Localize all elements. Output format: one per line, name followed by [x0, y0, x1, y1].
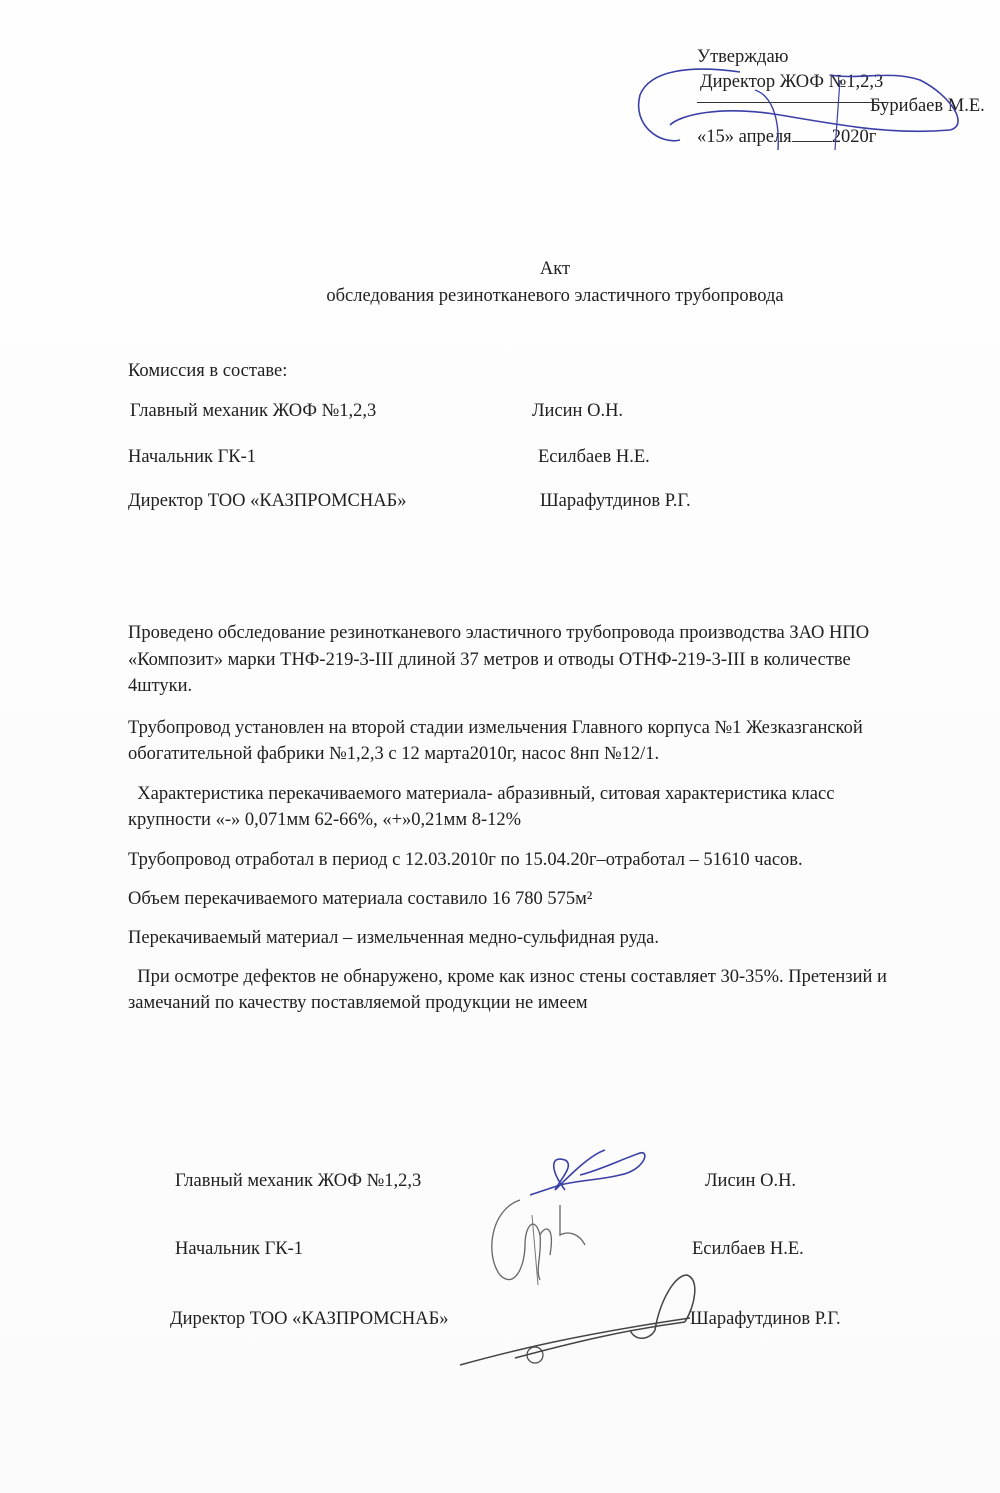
signature-director-icon [455, 1270, 715, 1380]
signature-blue-icon [520, 1145, 660, 1205]
member-position: Начальник ГК-1 [128, 448, 256, 467]
signature-line [697, 102, 887, 103]
signer-position: Главный механик ЖОФ №1,2,3 [175, 1172, 421, 1191]
member-name: Лисин О.Н. [532, 402, 623, 421]
member-name: Шарафутдинов Р.Г. [540, 492, 691, 511]
signer-name: Шарафутдинов Р.Г. [690, 1310, 841, 1329]
approver-name: Бурибаев М.Е. [870, 97, 985, 116]
signature-gray-icon [480, 1185, 620, 1295]
document-title: Акт [0, 260, 1000, 279]
paragraph-line: обогатительной фабрики №1,2,3 с 12 марта… [128, 745, 659, 764]
date-blank [792, 127, 832, 142]
paragraph-line: «Композит» марки ТНФ-219-3-III длиной 37… [128, 651, 851, 670]
document-subtitle: обследования резинотканевого эластичного… [0, 287, 1000, 306]
approval-date-month: апреля [734, 127, 792, 147]
paragraph-line: Характеристика перекачиваемого материала… [128, 785, 834, 804]
paragraph-line: Трубопровод установлен на второй стадии … [128, 719, 863, 738]
approval-position: Директор ЖОФ №1,2,3 [700, 73, 883, 92]
document-page: Утверждаю Директор ЖОФ №1,2,3 Бурибаев М… [0, 0, 1000, 1493]
signer-position: Начальник ГК-1 [175, 1240, 303, 1259]
approval-date-day: «15» [697, 127, 734, 147]
paragraph-line: 4штуки. [128, 677, 192, 696]
paragraph-line: Объем перекачиваемого материала составил… [128, 890, 592, 909]
member-position: Директор ТОО «КАЗПРОМСНАБ» [128, 492, 406, 511]
member-name: Есилбаев Н.Е. [538, 448, 650, 467]
commission-heading: Комиссия в составе: [128, 362, 287, 381]
paragraph-line: крупности «-» 0,071мм 62-66%, «+»0,21мм … [128, 811, 521, 830]
approval-date-year: 2020г [832, 127, 877, 147]
paragraph-line: замечаний по качеству поставляемой проду… [128, 994, 588, 1013]
paragraph-line: Трубопровод отработал в период с 12.03.2… [128, 851, 803, 870]
approval-date: «15» апреля2020г [697, 127, 876, 147]
member-position: Главный механик ЖОФ №1,2,3 [130, 402, 376, 421]
signer-name: Есилбаев Н.Е. [692, 1240, 804, 1259]
paragraph-line: Проведено обследование резинотканевого э… [128, 624, 869, 643]
approval-heading: Утверждаю [697, 48, 789, 67]
paragraph-line: При осмотре дефектов не обнаружено, кром… [128, 968, 887, 987]
signer-name: Лисин О.Н. [705, 1172, 796, 1191]
signer-position: Директор ТОО «КАЗПРОМСНАБ» [170, 1310, 448, 1329]
paragraph-line: Перекачиваемый материал – измельченная м… [128, 929, 659, 948]
